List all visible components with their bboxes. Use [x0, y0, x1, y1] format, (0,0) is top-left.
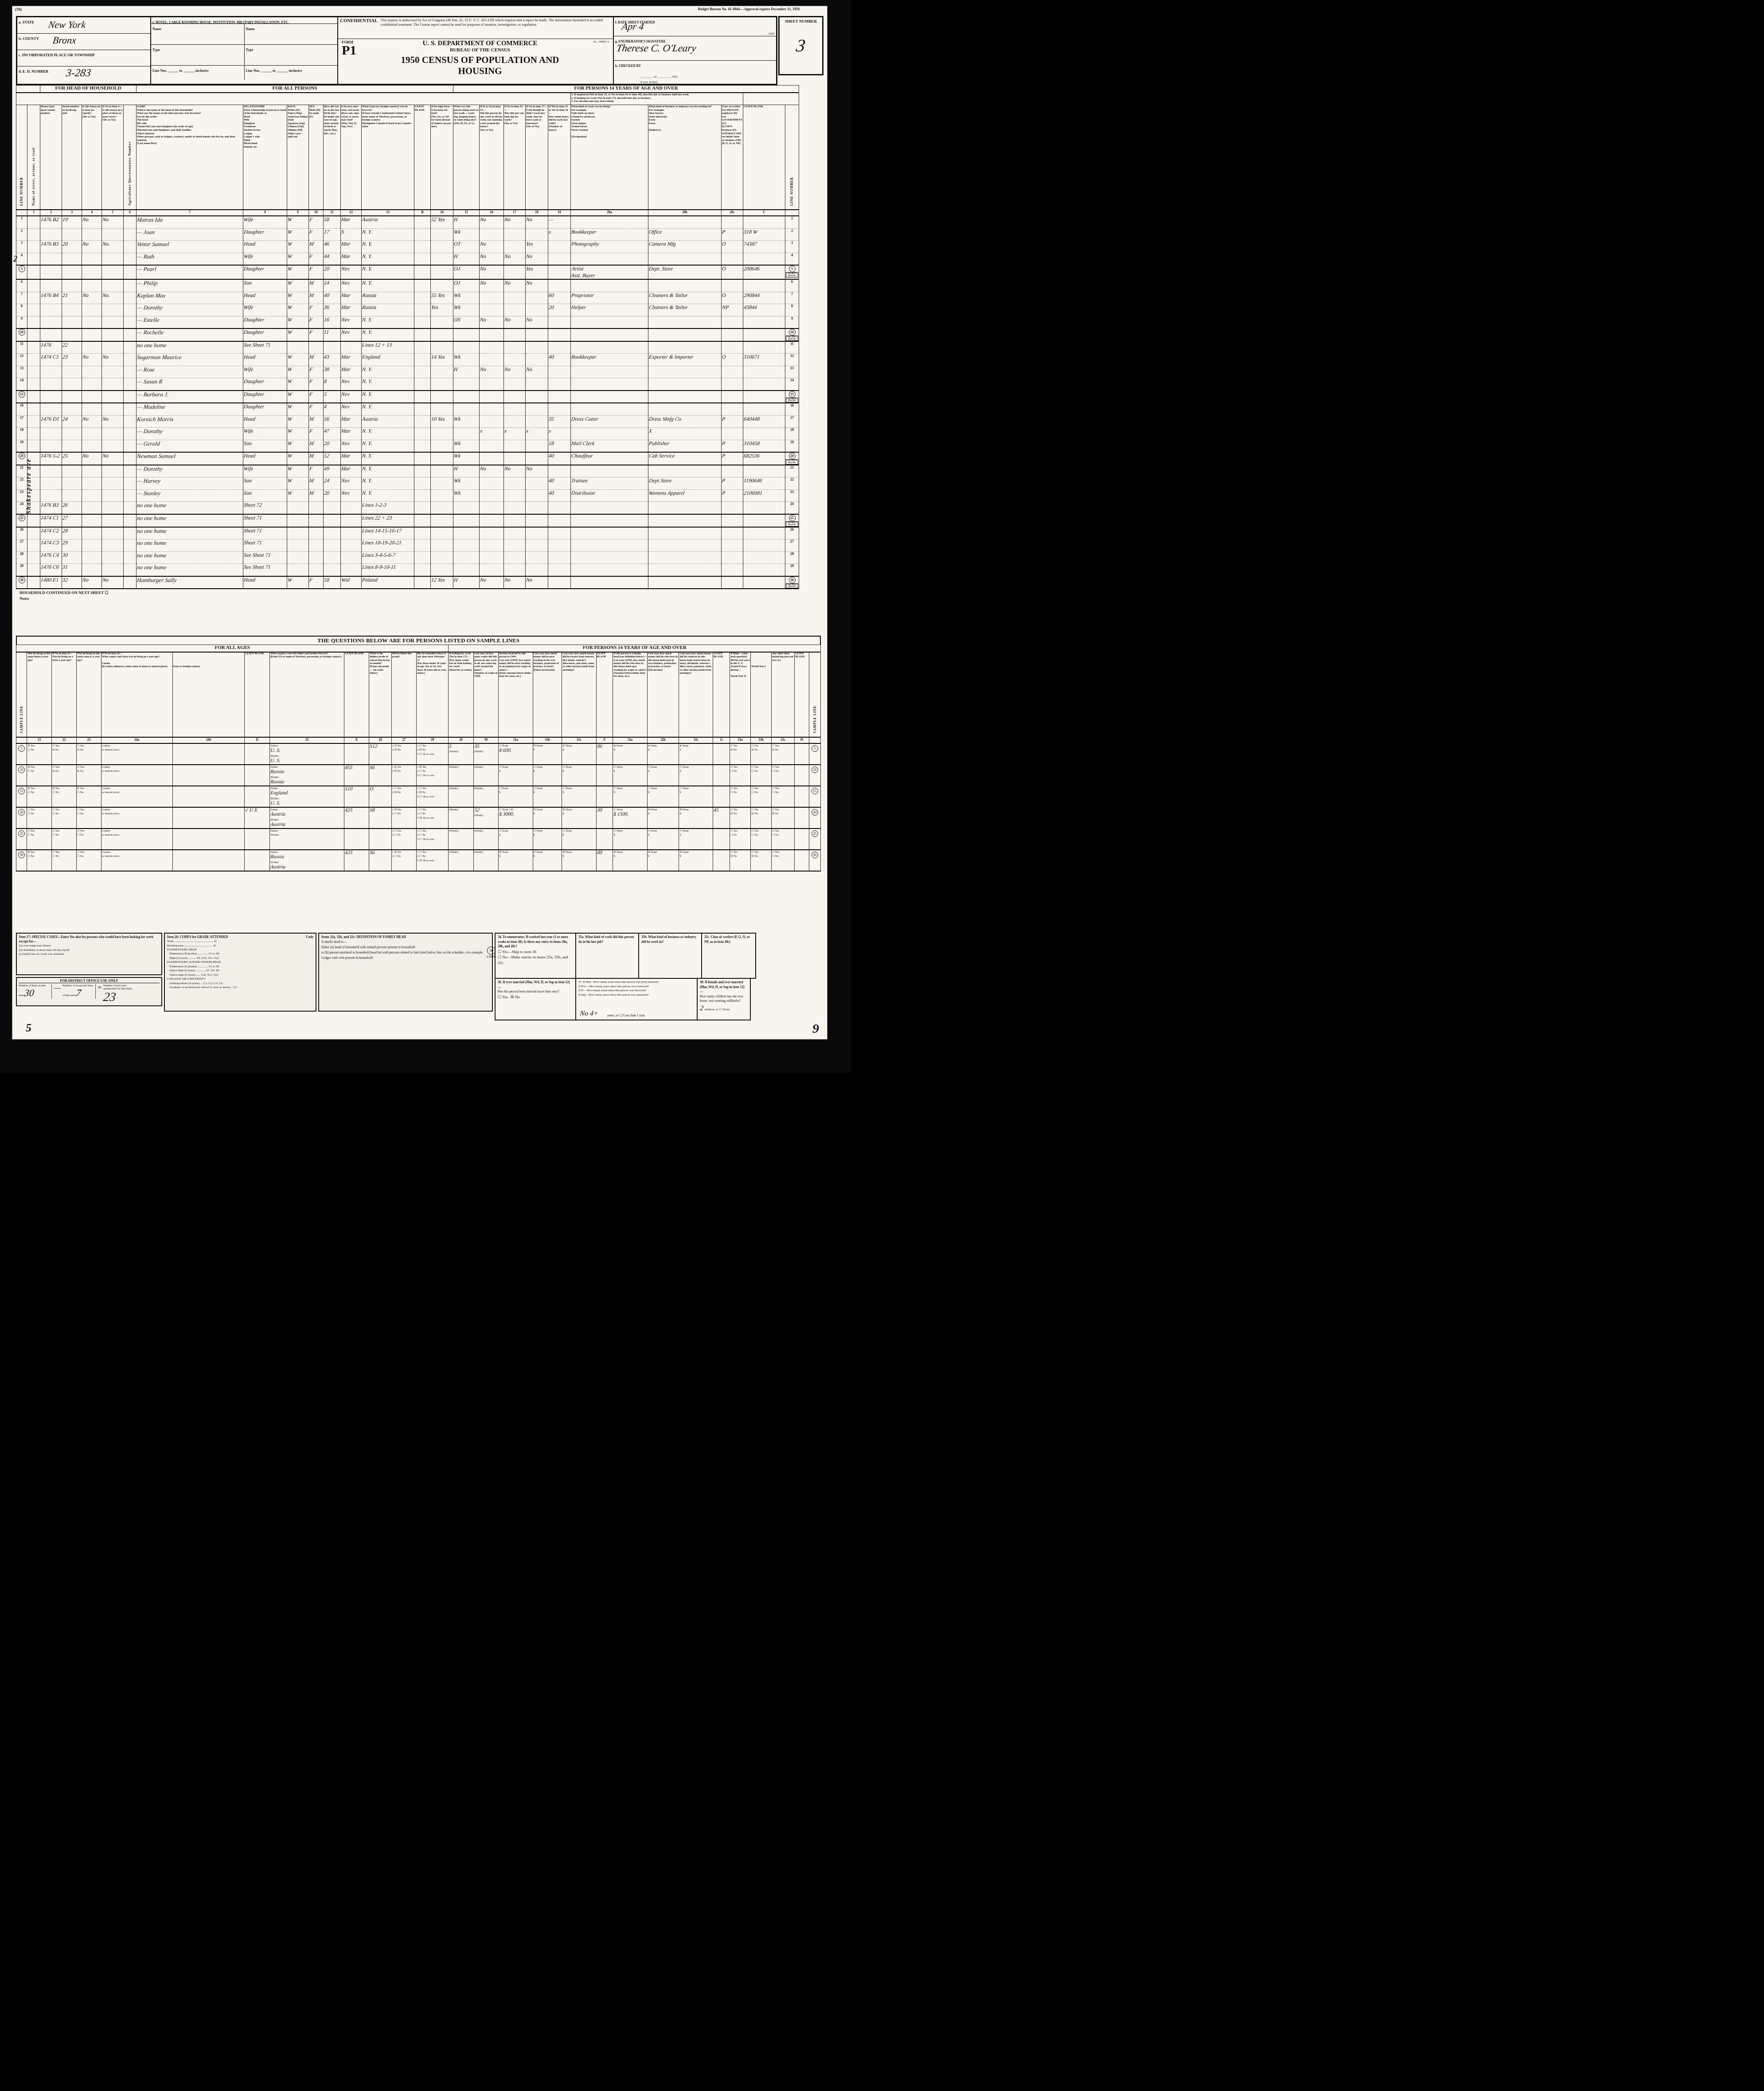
sample-line-entry: ☑ None: [562, 744, 595, 748]
sample-cell-c33c: ☐ Yes☐ No: [771, 765, 794, 786]
cell-c14: [431, 502, 453, 514]
sample-line-entry: (Weeks): [474, 786, 498, 790]
cell-c18: Yes: [526, 241, 548, 253]
cell-age: 24: [324, 477, 341, 490]
sample-column-header-c31c: Last year, how much money did he receive…: [562, 652, 596, 737]
item35a-box: 35a. What kind of work did this person d…: [575, 933, 638, 979]
cell-rel: Wife: [243, 366, 287, 378]
cell-agq: [124, 354, 137, 366]
cell-c18: [526, 564, 548, 576]
cell-c19: 60: [548, 292, 571, 304]
sample-line-entry: ☐ No: [52, 833, 76, 837]
cell-name: — Stanley: [137, 489, 243, 502]
sample-cell-c24b: [172, 807, 245, 829]
cell-name: — Ruth: [137, 253, 243, 265]
item35c-box: 35c. Class of worker (P, G, O, or NP, as…: [701, 933, 756, 979]
cell-ind: [648, 253, 722, 265]
list-item: Elementary (8 grades) ............. S1 t…: [167, 952, 313, 956]
cell-name: no one home: [137, 527, 243, 539]
sample-line-entry: Father:: [270, 850, 343, 854]
sample-cell-c31c: ☐ None$: [562, 829, 596, 850]
column-number: 16: [480, 210, 504, 216]
item36-text: 36. If ever married (Mar, Wd, D, or Sep …: [498, 980, 570, 989]
cell-born: N. Y.: [362, 477, 414, 490]
cell-occ: Bookkeeper: [571, 228, 648, 241]
sample-cell-c28: 1 ☐ Yes2 ☐ NoV ☒ 30 or over: [417, 850, 449, 871]
sample-cell-c21: ☐ Yes☐ No: [27, 829, 52, 850]
sample-cell-cE: 455: [344, 765, 369, 786]
sample-cell-c32a: ☒ None$: [613, 850, 648, 871]
cell-serial: [62, 228, 82, 241]
cell-c15: [453, 328, 480, 341]
sample-cell-cE: 425: [344, 850, 369, 871]
cell-race: [287, 564, 309, 576]
cell-ind: [648, 216, 722, 228]
cell-street: [27, 489, 40, 502]
cell-house: 1476 B4: [40, 292, 62, 304]
sample-line-entry: ☐ Yes: [77, 765, 101, 769]
cell-c4: [82, 477, 102, 490]
cell-cw: [722, 539, 743, 552]
cell-house: 1474 C1: [40, 354, 62, 366]
cell-agq: [124, 241, 137, 253]
column-header-c15: What was this person doing most of last …: [453, 105, 480, 210]
cell-born: Lines 3-4-5-6-7: [362, 551, 414, 564]
cell-rn: 24: [785, 502, 799, 514]
sample-line-entry: 1 ☒ Yes: [392, 744, 416, 748]
list-item: None ...................................…: [167, 939, 313, 943]
sample-section-title: THE QUESTIONS BELOW ARE FOR PERSONS LIST…: [16, 636, 821, 645]
cell-c4: [82, 378, 102, 391]
hotel-type-label: Type: [152, 48, 160, 52]
cell-ln: 5: [16, 265, 27, 279]
cell-c19: —: [548, 216, 571, 228]
cell-c15: Wk: [453, 489, 480, 502]
census-row-24: 241476 B326no one homeSheet 72Lines 1-2-…: [16, 502, 799, 514]
sample-line-entry: County:: [102, 786, 172, 790]
cell-bB: [414, 514, 431, 527]
cell-cw: P: [722, 440, 743, 452]
cell-rn: 20ASK QUES. BELOW: [785, 452, 799, 465]
sample-cell-cD: [245, 765, 270, 786]
sample-column-number: 33a: [730, 737, 751, 743]
sample-cell-c32b: ⊘ None$: [647, 743, 679, 765]
cell-cw: P: [722, 477, 743, 490]
cell-serial: [62, 328, 82, 341]
sample-line-entry: 52: [474, 808, 498, 813]
sample-row-30: 30☒ Yes☐ No☐ Yes☐ No☐ Yes☐ NoCounty:or n…: [16, 850, 821, 871]
list-item: Kindergarten ...........................…: [167, 944, 313, 948]
sample-cell-slr: 15: [809, 786, 820, 807]
cell-c5: No: [102, 216, 124, 228]
cell-street: [27, 366, 40, 378]
cell-sex: [309, 341, 324, 354]
sample-line-entry: ☒ None: [648, 808, 679, 812]
sample-line-entry: or nearest place:: [102, 833, 172, 837]
cell-rn: 6: [785, 279, 799, 292]
crew-leader-label: (Crew leader): [640, 80, 658, 84]
cell-mar: Mar: [341, 241, 362, 253]
census-row-25: 251474 C127no one homeSheet 71Lines 22 +…: [16, 514, 799, 527]
confidential-text: This inquiry is authorized by Act of Con…: [381, 18, 611, 38]
cell-ind: [648, 403, 722, 415]
cell-c15: [453, 514, 480, 527]
cell-c16: [480, 551, 504, 564]
column-header-cw: Class of worker For PRIVATE employer (P)…: [722, 105, 743, 210]
sample-cell-c28: 1 ☐ Yes2 ☐ NoV ☒ 30 or over: [417, 807, 449, 829]
cell-c17: [504, 265, 526, 279]
cell-bB: [414, 279, 431, 292]
sample-cell-c31c: ☐ None$: [562, 765, 596, 786]
cell-occ: [571, 564, 648, 576]
cell-age: 52: [324, 452, 341, 465]
item35b-box: 35b. What kind of business or industry d…: [638, 933, 701, 979]
cell-rel: Sheet 71: [243, 514, 287, 527]
cell-bB: [414, 265, 431, 279]
cell-born: N. Y.: [362, 391, 414, 403]
cell-rel: Wife: [243, 428, 287, 440]
cell-race: W: [287, 489, 309, 502]
cell-rel: Head: [243, 576, 287, 589]
list-item: Undergraduate (4 years) ... C1, C2, C3, …: [167, 981, 313, 985]
cell-ind: [648, 391, 722, 403]
cell-street: [27, 502, 40, 514]
sample-line-entry: Russia: [270, 854, 344, 860]
cell-c17: [504, 452, 526, 465]
cell-house: 1476 C4: [40, 551, 62, 564]
cell-c18: [526, 341, 548, 354]
cell-ln: 11: [16, 341, 27, 354]
cell-serial: [62, 279, 82, 292]
cell-ln: 20: [16, 452, 27, 465]
sample-column-number: 30: [473, 737, 498, 743]
list-item: (a) own temporary illness: [19, 944, 159, 948]
sample-line-entry: ☒ None: [679, 850, 712, 854]
sample-cell-c26: S6: [369, 850, 392, 871]
cell-c17: [504, 415, 526, 428]
cell-c4: No: [82, 576, 102, 589]
cell-c19: [548, 241, 571, 253]
cell-c19: [548, 391, 571, 403]
cell-c15: Wk: [453, 292, 480, 304]
sample-line-entry: V ☒ 30 or over: [417, 816, 448, 820]
item36-no-option: ☒ No: [511, 995, 520, 999]
cell-house: [40, 279, 62, 292]
cell-name: — Dorothy: [137, 465, 243, 477]
cell-c4: [82, 265, 102, 279]
cell-sex: [309, 514, 324, 527]
cell-ind: [648, 514, 722, 527]
cell-agq: [124, 465, 137, 477]
sample-line-entry: ☐ Yes: [27, 829, 51, 833]
sample-line-entry: ☐ Yes: [730, 786, 750, 790]
sample-cell-c21: ☒ Yes☐ No: [27, 743, 52, 765]
cell-sex: F: [309, 328, 324, 341]
cell-house: 1476 B2: [40, 216, 62, 228]
cell-c4: [82, 514, 102, 527]
cell-mar: Mar: [341, 216, 362, 228]
cell-agq: [124, 378, 137, 391]
sample-line-entry: $ 1500.: [613, 812, 647, 817]
cell-rn: 5ASK QUES. BELOW: [785, 265, 799, 279]
cell-rn: 29: [785, 564, 799, 576]
column-number: [16, 210, 27, 216]
cell-occ: Bookkeeper: [571, 354, 648, 366]
cell-c14: [431, 440, 453, 452]
cell-c18: No: [526, 465, 548, 477]
cell-born: Austria: [362, 216, 414, 228]
enumerator-signature: Therese C. O'Leary: [616, 43, 697, 54]
cell-occ: Helper: [571, 304, 648, 317]
cell-mar: Nev: [341, 489, 362, 502]
cell-street: [27, 452, 40, 465]
cell-c18: [526, 228, 548, 241]
sample-line-entry: 2 ☐ No: [417, 833, 448, 837]
cell-agq: [124, 391, 137, 403]
cell-born: N. Y.: [362, 378, 414, 391]
column-header-c17: If No in item 16— Was this per-son look-…: [504, 105, 526, 210]
cell-ln: 17: [16, 415, 27, 428]
sample-line-entry: 06: [597, 744, 613, 750]
cell-ind: X: [648, 428, 722, 440]
cell-rel: Sheet 72: [243, 502, 287, 514]
cell-serial: 28: [62, 527, 82, 539]
sample-cell-c32c: ⊘ None$: [679, 743, 713, 765]
sample-line-entry: U. S.: [270, 748, 344, 754]
cell-agq: [124, 502, 137, 514]
cell-ind: Cleaners & Tailor: [648, 292, 722, 304]
cell-occ: [571, 316, 648, 328]
cell-serial: [62, 477, 82, 490]
sample-line-entry: 2 ☒ No: [392, 748, 416, 752]
sample-cell-slr: 30: [809, 850, 820, 871]
sample-line-entry: ☐ Yes: [772, 786, 794, 790]
do-persons-label: Number of per-sons enumerated on this sh…: [103, 984, 132, 990]
list-item: A family head is—: [321, 939, 490, 945]
sample-line-entry: 1 ☐ Yes: [417, 829, 448, 833]
census-row-23: 23— StanleySonWM20NevN. Y.Wk40Distributo…: [16, 489, 799, 502]
cell-mar: Mar: [341, 465, 362, 477]
cell-rn: 1: [785, 216, 799, 228]
cell-race: W: [287, 354, 309, 366]
sample-line-entry: ☐ Yes: [751, 765, 771, 769]
cell-age: 8: [324, 378, 341, 391]
cell-c16: [480, 477, 504, 490]
cell-c14: 10 Yes: [431, 415, 453, 428]
sample-line-entry: $: [613, 790, 647, 794]
sample-cell-cE: [344, 743, 369, 765]
sample-cell-sl: 5: [16, 743, 27, 765]
cell-house: [40, 477, 62, 490]
cell-c18: [526, 539, 548, 552]
sample-cell-c29: 5(Weeks): [449, 743, 473, 765]
item38-text: 38. If female and ever married (Mar, Wd,…: [700, 980, 745, 993]
cell-c15: H: [453, 366, 480, 378]
sample-column-number: 24b: [172, 737, 245, 743]
sample-cell-c26: S12: [369, 743, 392, 765]
census-row-1: 11476 B219NoNoMatras IdaWifeWF58MarAustr…: [16, 216, 799, 228]
sample-cell-c22: ⊘ Yes☐ No: [52, 786, 77, 807]
column-number: B: [414, 210, 431, 216]
cell-ind: [648, 502, 722, 514]
column-number: C: [743, 210, 785, 216]
sample-column-number: 31b: [533, 737, 562, 743]
cell-ind: Dept Store: [648, 477, 722, 490]
sample-column-header-cG: LEAVE BLANK: [713, 652, 730, 737]
sample-line-entry: V ☐ 30 or over: [417, 837, 448, 841]
cell-bB: [414, 465, 431, 477]
cell-name: — Dorothy: [137, 428, 243, 440]
sample-cell-c26: S8: [369, 807, 392, 829]
sample-line-entry: ☐ No: [27, 748, 51, 752]
sample-cell-c31b: ☒ None$: [533, 807, 562, 829]
sample-cell-c31b: ☐ None$: [533, 765, 562, 786]
cell-rel: Daughter: [243, 328, 287, 341]
sample-column-header-c33b: World War I: [751, 652, 772, 737]
cell-rel: Head: [243, 292, 287, 304]
sample-cell-c24b: [172, 786, 245, 807]
sample-cell-c25: Father:AustriaMother:Austria: [270, 807, 344, 829]
cell-age: 20: [324, 489, 341, 502]
sample-cell-cG: [713, 850, 730, 871]
cell-c14: 14 Yes: [431, 354, 453, 366]
cell-c5: No.: [102, 241, 124, 253]
sample-cell-c33b: ☐ Yes⊘ No: [751, 743, 772, 765]
column-header-name: NAME What is the name of the head of thi…: [137, 105, 243, 210]
cell-name: no one home: [137, 514, 243, 527]
sample-column-header-c31b: Last year, how much money did he earn wo…: [533, 652, 562, 737]
sample-line-entry: Mother:: [270, 818, 343, 822]
sample-cell-c33a: ☐ Yes⊘ No: [730, 743, 751, 765]
column-number: 4: [82, 210, 102, 216]
cell-house: [40, 403, 62, 415]
column-number: 14: [431, 210, 453, 216]
column-number: 13: [362, 210, 414, 216]
cell-born: Lines 14-15-16-17: [362, 527, 414, 539]
cell-c16: [480, 489, 504, 502]
sample-line-entry: ☒ No: [730, 812, 750, 816]
cell-c5: [102, 316, 124, 328]
cell-c17: [504, 391, 526, 403]
cell-c18: Yes: [526, 265, 548, 279]
sample-cell-c29: (Weeks): [449, 807, 473, 829]
sample-line-entry: ☐ Yes: [772, 808, 794, 812]
cell-house: [40, 304, 62, 317]
cell-ind: Exporter & Importer: [648, 354, 722, 366]
sample-line-entry: ☐ None: [562, 829, 595, 833]
sample-line-entry: ☒ No: [772, 812, 794, 816]
cell-c4: No: [82, 292, 102, 304]
cell-c18: [526, 452, 548, 465]
cell-serial: [62, 378, 82, 391]
cell-ind: [648, 551, 722, 564]
sample-line-entry: 2 ☒ No: [392, 769, 416, 773]
sample-line-entry: ☐ No: [77, 854, 101, 858]
cell-c4: No: [82, 354, 102, 366]
cell-c19: [548, 403, 571, 415]
cell-c16: [480, 415, 504, 428]
sample-column-number: 33b: [751, 737, 772, 743]
cell-c19: 35: [548, 415, 571, 428]
cell-born: Austria: [362, 415, 414, 428]
sample-column-number: 28: [417, 737, 449, 743]
cell-c5: [102, 391, 124, 403]
cell-ln: 19: [16, 440, 27, 452]
sample-cell-c24b: [172, 829, 245, 850]
cell-agq: [124, 415, 137, 428]
cell-ln: 24: [16, 502, 27, 514]
sample-line-entry: ☐ None: [648, 829, 679, 833]
cell-ln: 30: [16, 576, 27, 589]
cell-c17: [504, 514, 526, 527]
cell-sex: F: [309, 366, 324, 378]
cell-c17: [504, 241, 526, 253]
cell-c5: [102, 253, 124, 265]
cell-c17: [504, 292, 526, 304]
cell-c16: [480, 502, 504, 514]
cell-ln: 3: [16, 241, 27, 253]
cell-rn: 12: [785, 354, 799, 366]
sample-cell-cF: [596, 829, 613, 850]
cell-born: Russia: [362, 304, 414, 317]
column-number: 2: [40, 210, 62, 216]
cell-street: [27, 279, 40, 292]
cell-bB: [414, 502, 431, 514]
cell-c15: Wk: [453, 440, 480, 452]
cell-cC: 310458: [743, 440, 785, 452]
cell-ln: 2: [16, 228, 27, 241]
cell-cw: [722, 502, 743, 514]
census-row-29: 291476 C631no one homeSee Sheet 71Lines …: [16, 564, 799, 576]
cell-serial: 31: [62, 564, 82, 576]
census-row-5: 5— PearlDaughterWF20NevN. Y.OJNoYesArtis…: [16, 265, 799, 279]
cell-age: [324, 502, 341, 514]
sample-cell-c26: [369, 829, 392, 850]
cell-rel: Daughter: [243, 228, 287, 241]
cell-cw: [722, 328, 743, 341]
sample-line-entry: County:: [102, 829, 172, 833]
cell-house: [40, 228, 62, 241]
list-item: If Wd —How many years since this person …: [578, 985, 695, 989]
cell-cw: [722, 316, 743, 328]
cell-race: W: [287, 477, 309, 490]
cell-c16: [480, 527, 504, 539]
cell-rel: Wife: [243, 216, 287, 228]
cell-ind: Office: [648, 228, 722, 241]
sample-line-entry: $: [648, 748, 679, 752]
sample-cell-slr: 10: [809, 765, 820, 786]
cell-race: W: [287, 279, 309, 292]
cell-agq: [124, 514, 137, 527]
sample-cell-cE: 425: [344, 807, 369, 829]
cell-street: [27, 428, 40, 440]
sample-line-entry: ☒ Yes: [27, 744, 51, 748]
sample-line-entry: ☐ Yes: [772, 744, 794, 748]
cell-agq: [124, 228, 137, 241]
cell-c19: 40: [548, 489, 571, 502]
sample-line-entry: 2 ☒ No: [417, 790, 448, 794]
sample-cell-cG: [713, 829, 730, 850]
cell-name: no one home: [137, 564, 243, 576]
cell-race: W: [287, 428, 309, 440]
cell-bB: [414, 489, 431, 502]
sample-line-entry: 45: [714, 808, 730, 813]
sample-line-entry: ☒ None: [534, 744, 562, 748]
do-persons-value: 23: [102, 990, 117, 1004]
cell-rel: Daughter: [243, 378, 287, 391]
sample-line-entry: $: [679, 769, 712, 773]
sample-cell-cD: [245, 850, 270, 871]
